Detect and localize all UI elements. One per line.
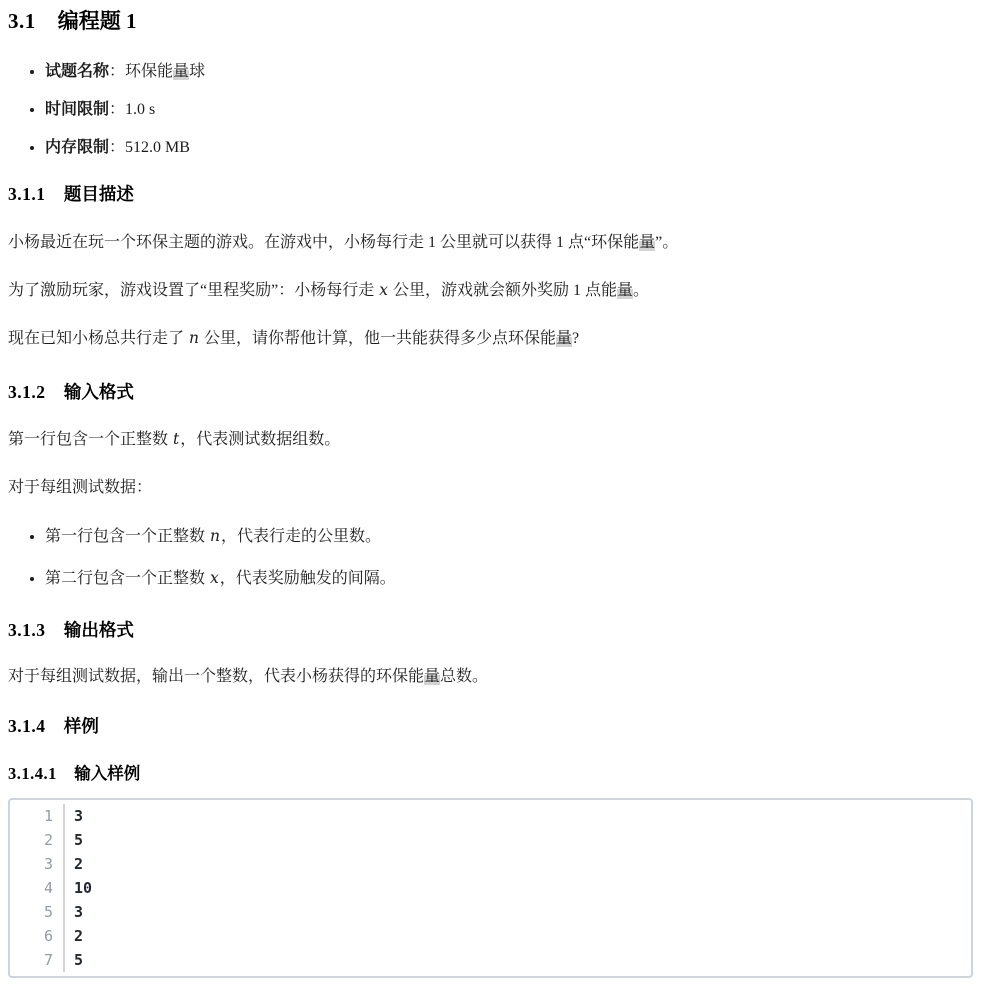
sample-input-code-block: 13 25 32 410 53 62 75	[8, 798, 973, 978]
line-number: 3	[10, 852, 64, 876]
subsubsection-title: 输入样例	[74, 764, 140, 783]
code-line: 32	[10, 852, 971, 876]
meta-value: 512.0 MB	[125, 139, 190, 156]
subsection-title: 输入格式	[64, 382, 134, 402]
meta-label: 内存限制	[45, 139, 109, 156]
paragraph-text: ，代表行走的公里数。	[221, 528, 381, 545]
subsection-heading-description: 3.1.1题目描述	[8, 182, 973, 206]
meta-value: 环保能量球	[125, 63, 205, 80]
description-paragraph-1: 小杨最近在玩一个环保主题的游戏。在游戏中，小杨每行走 1 公里就可以获得 1 点…	[8, 232, 973, 253]
meta-colon: ：	[109, 63, 125, 80]
meta-colon: ：	[109, 139, 125, 156]
subsection-heading-input-format: 3.1.2输入格式	[8, 380, 973, 404]
output-paragraph-1: 对于每组测试数据，输出一个整数，代表小杨获得的环保能量总数。	[8, 666, 973, 687]
code-text: 10	[64, 876, 971, 900]
meta-item-problem-name: 试题名称：环保能量球	[45, 61, 973, 82]
code-text: 3	[64, 804, 971, 828]
meta-label: 时间限制	[45, 101, 109, 118]
subsection-number: 3.1.3	[8, 620, 46, 640]
code-text: 3	[64, 900, 971, 924]
line-number: 1	[10, 804, 64, 828]
code-text: 5	[64, 948, 971, 972]
math-variable-n: n	[209, 527, 221, 545]
code-line: 53	[10, 900, 971, 924]
math-variable-t: t	[172, 430, 180, 448]
section-heading-3-1: 3.1编程题 1	[8, 8, 973, 34]
code-text: 5	[64, 828, 971, 852]
code-line: 75	[10, 948, 971, 972]
meta-item-memory-limit: 内存限制：512.0 MB	[45, 137, 973, 158]
paragraph-text: 现在已知小杨总共行走了	[8, 330, 188, 347]
paragraph-text: 第一行包含一个正整数	[45, 528, 209, 545]
code-line: 25	[10, 828, 971, 852]
paragraph-text: ，代表测试数据组数。	[180, 431, 340, 448]
line-number: 5	[10, 900, 64, 924]
math-variable-x: x	[378, 281, 389, 299]
code-line: 410	[10, 876, 971, 900]
subsection-number: 3.1.4	[8, 716, 46, 736]
input-list-item-n: 第一行包含一个正整数 n，代表行走的公里数。	[45, 526, 973, 547]
input-paragraph-2: 对于每组测试数据：	[8, 477, 973, 498]
line-number: 7	[10, 948, 64, 972]
subsection-heading-output-format: 3.1.3输出格式	[8, 618, 973, 642]
code-line: 62	[10, 924, 971, 948]
paragraph-text: 第二行包含一个正整数	[45, 570, 209, 587]
subsection-title: 输出格式	[64, 620, 134, 640]
subsubsection-number: 3.1.4.1	[8, 764, 57, 783]
section-title: 编程题 1	[58, 9, 137, 33]
meta-label: 试题名称	[45, 63, 109, 80]
paragraph-text: 公里，请你帮他计算，他一共能获得多少点环保能量?	[200, 330, 579, 347]
subsubsection-heading-sample-input: 3.1.4.1输入样例	[8, 763, 973, 785]
code-text: 2	[64, 924, 971, 948]
paragraph-text: 公里，游戏就会额外奖励 1 点能量。	[389, 282, 649, 299]
paragraph-text: 为了激励玩家，游戏设置了“里程奖励”：小杨每行走	[8, 282, 378, 299]
code-text: 2	[64, 852, 971, 876]
subsection-number: 3.1.1	[8, 184, 46, 204]
math-variable-x: x	[209, 569, 220, 587]
code-line: 13	[10, 804, 971, 828]
description-paragraph-2: 为了激励玩家，游戏设置了“里程奖励”：小杨每行走 x 公里，游戏就会额外奖励 1…	[8, 280, 973, 301]
math-variable-n: n	[188, 329, 200, 347]
input-list-item-x: 第二行包含一个正整数 x，代表奖励触发的间隔。	[45, 568, 973, 589]
problem-meta-list: 试题名称：环保能量球 时间限制：1.0 s 内存限制：512.0 MB	[8, 61, 973, 158]
paragraph-text: ，代表奖励触发的间隔。	[220, 570, 396, 587]
input-format-list: 第一行包含一个正整数 n，代表行走的公里数。 第二行包含一个正整数 x，代表奖励…	[8, 526, 973, 589]
paragraph-text: 第一行包含一个正整数	[8, 431, 172, 448]
line-number: 2	[10, 828, 64, 852]
subsection-number: 3.1.2	[8, 382, 46, 402]
line-number: 6	[10, 924, 64, 948]
subsection-heading-samples: 3.1.4样例	[8, 714, 973, 738]
section-number: 3.1	[8, 9, 36, 33]
subsection-title: 题目描述	[64, 184, 134, 204]
subsection-title: 样例	[64, 716, 99, 736]
line-number: 4	[10, 876, 64, 900]
meta-item-time-limit: 时间限制：1.0 s	[45, 99, 973, 120]
code-table: 13 25 32 410 53 62 75	[10, 804, 971, 972]
problem-document: 3.1编程题 1 试题名称：环保能量球 时间限制：1.0 s 内存限制：512.…	[0, 0, 981, 978]
input-paragraph-1: 第一行包含一个正整数 t，代表测试数据组数。	[8, 429, 973, 450]
meta-value: 1.0 s	[125, 101, 155, 118]
description-paragraph-3: 现在已知小杨总共行走了 n 公里，请你帮他计算，他一共能获得多少点环保能量?	[8, 328, 973, 349]
meta-colon: ：	[109, 101, 125, 118]
